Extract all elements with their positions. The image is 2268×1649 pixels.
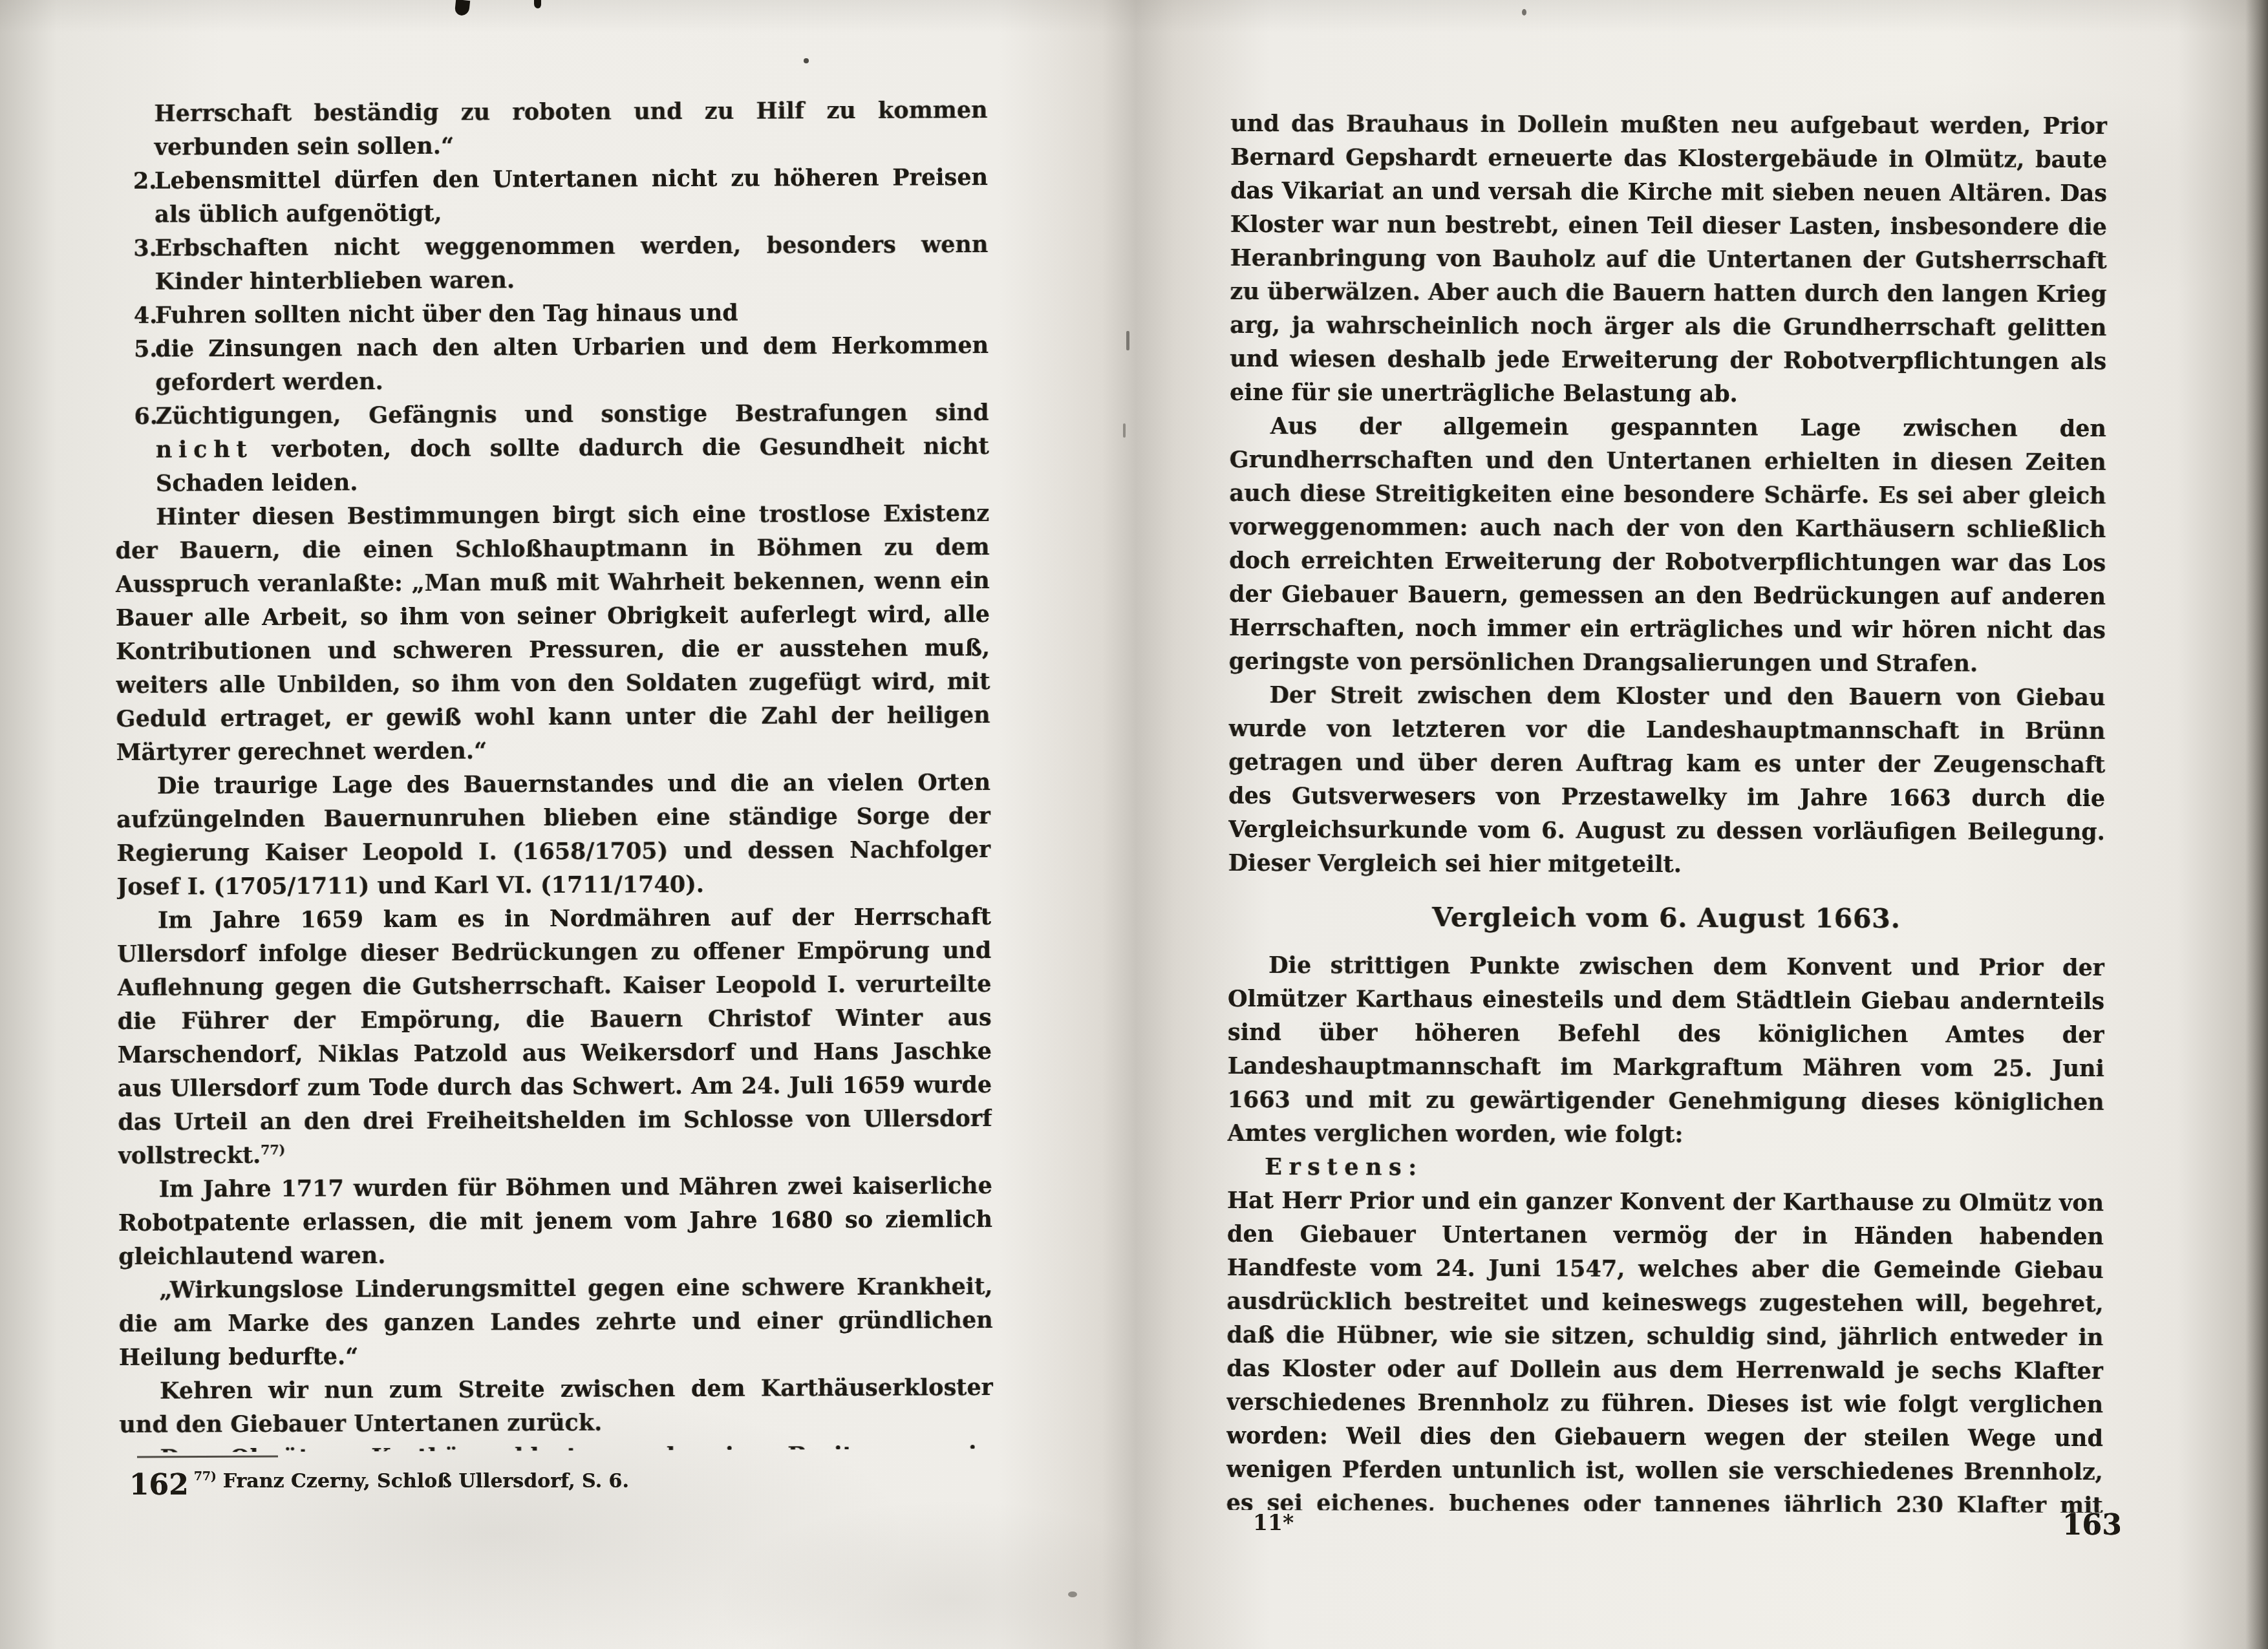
ink-speck xyxy=(804,58,809,63)
paragraph: Die traurige Lage des Bauernstandes und … xyxy=(116,766,991,904)
clause-label: Erstens: xyxy=(1227,1151,2104,1187)
list-item: 5. die Zinsungen nach den alten Urbarien… xyxy=(114,329,989,400)
page-number-right: 163 xyxy=(2062,1509,2122,1542)
list-item: 2. Lebensmittel dürfen den Untertanen ni… xyxy=(114,161,988,232)
paragraph: „Wirkungslose Linderungsmittel gegen ein… xyxy=(118,1270,993,1375)
ink-speck xyxy=(1522,9,1526,16)
list-item-text: Züchtigungen, Gefängnis und sonstige Bes… xyxy=(155,399,989,497)
page-number-left: 162 xyxy=(129,1469,189,1502)
footnote: 77)Franz Czerny, Schloß Ullersdorf, S. 6… xyxy=(194,1465,905,1494)
section-heading: Vergleich vom 6. August 1663. xyxy=(1228,900,2104,936)
list-item-continuation: Herrschaft beständig zu roboten und zu H… xyxy=(113,94,987,165)
paragraph: Aus der allgemein gespannten Lage zwisch… xyxy=(1229,410,2106,681)
paragraph: Die strittigen Punkte zwischen dem Konve… xyxy=(1227,949,2104,1153)
list-item-number: 4. xyxy=(134,299,158,333)
footnote-marker: 77) xyxy=(194,1470,217,1484)
list-item-text: Fuhren sollten nicht über den Tag hinaus… xyxy=(155,300,738,329)
paragraph: und das Brauhaus in Dollein mußten neu a… xyxy=(1230,107,2107,412)
footnote-reference: 77) xyxy=(261,1142,285,1158)
paragraph: Der Streit zwischen dem Kloster und den … xyxy=(1228,679,2106,883)
paragraph: Im Jahre 1659 kam es in Nordmähren auf d… xyxy=(117,900,992,1173)
printers-signature-mark: 11* xyxy=(1253,1510,1294,1535)
list-item-number: 3. xyxy=(133,232,157,266)
book-spread: Herrschaft beständig zu roboten und zu H… xyxy=(0,0,2268,1649)
right-page: und das Brauhaus in Dollein mußten neu a… xyxy=(1226,107,2108,1513)
list-item: 3. Erbschaften nicht weggenommen werden,… xyxy=(114,228,988,299)
binding-stitch-mark xyxy=(1123,423,1126,438)
list-item: 6. Züchtigungen, Gefängnis und sonstige … xyxy=(114,396,989,501)
list-item-text: die Zinsungen nach den alten Urbarien un… xyxy=(155,332,989,396)
paper-tear-speck xyxy=(455,0,470,16)
list-item-text: Erbschaften nicht weggenommen werden, be… xyxy=(155,231,988,295)
footnote-text: Franz Czerny, Schloß Ullersdorf, S. 6. xyxy=(223,1470,629,1493)
paper-tear-speck xyxy=(534,0,541,8)
list-item-text: Herrschaft beständig zu roboten und zu H… xyxy=(154,97,987,161)
binding-stitch-mark xyxy=(1126,331,1129,350)
paragraph: Im Jahre 1717 wurden für Böhmen und Mähr… xyxy=(118,1169,993,1274)
numbered-list: Herrschaft beständig zu roboten und zu H… xyxy=(113,94,989,501)
list-item-number: 2. xyxy=(133,165,157,198)
ink-speck xyxy=(1068,1591,1077,1597)
footnote-divider xyxy=(137,1455,278,1458)
list-item-number: 5. xyxy=(134,333,158,367)
paragraph: Hat Herr Prior und ein ganzer Konvent de… xyxy=(1226,1184,2104,1513)
paragraph: Kehren wir nun zum Streite zwischen dem … xyxy=(119,1371,993,1442)
emphasized-word: nicht xyxy=(156,436,253,463)
list-item-number: 6. xyxy=(134,400,158,434)
list-item-text: Lebensmittel dürfen den Untertanen nicht… xyxy=(155,164,988,228)
left-page: Herrschaft beständig zu roboten und zu H… xyxy=(113,94,993,1452)
list-item: 4. Fuhren sollten nicht über den Tag hin… xyxy=(114,295,989,333)
paragraph: Hinter diesen Bestimmungen birgt sich ei… xyxy=(115,497,990,770)
